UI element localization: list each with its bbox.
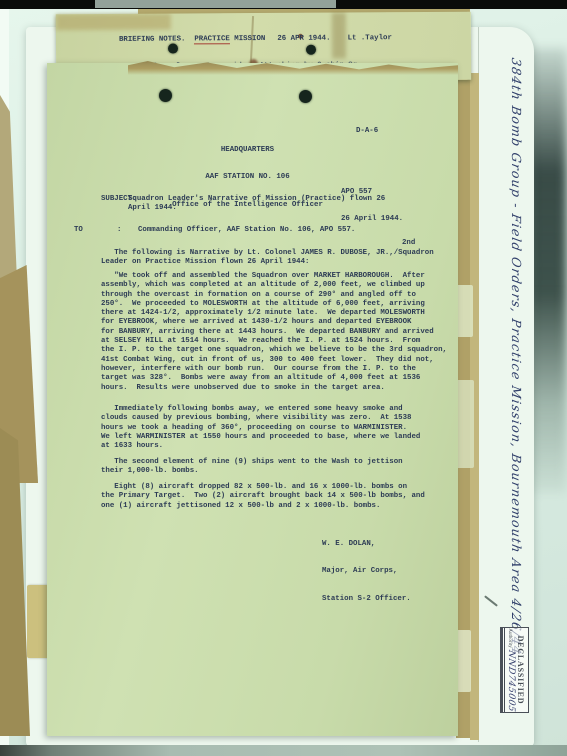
top-gray-segment (95, 0, 336, 8)
stamp-title: DECLASSIFIED (516, 636, 525, 705)
to-label: TO (74, 226, 83, 235)
paragraph-smoke: Immediately following bombs away, we ent… (101, 405, 420, 451)
to-colon: : (117, 226, 121, 235)
signature-block: W. E. DOLAN, Major, Air Corps, Station S… (322, 521, 411, 623)
signature-rank: Major, Air Corps, (322, 567, 411, 576)
briefing-title-underlined: PRACTICE (194, 35, 230, 44)
briefing-title-prefix: BRIEFING NOTES. (119, 35, 194, 43)
punch-hole (299, 90, 312, 103)
scanned-document-photo: BRIEFING NOTES. PRACTICE MISSION26 APR 1… (0, 0, 567, 756)
letterhead-station: AAF STATION NO. 106 (150, 173, 345, 182)
briefing-signer: Lt .Taylor (348, 34, 392, 42)
punch-hole (168, 44, 178, 54)
to-text: Commanding Officer, AAF Station No. 106,… (138, 226, 355, 235)
briefing-title-line: BRIEFING NOTES. PRACTICE MISSION26 APR 1… (119, 34, 392, 45)
stamp-authority-row: Authority NND745005 (504, 628, 516, 711)
letterhead: HEADQUARTERS AAF STATION NO. 106 Office … (150, 127, 345, 229)
paragraph-bombs: Eight (8) aircraft dropped 82 x 500-lb. … (101, 483, 425, 511)
subject-text: Squadron Leader's Narrative of Mission (… (128, 195, 385, 214)
torn-edge (128, 61, 458, 75)
bottom-table-edge (0, 745, 567, 756)
declassified-stamp: DECLASSIFIED Authority NND745005 (500, 627, 529, 713)
doc-ref: D-A-6 (356, 127, 378, 136)
paragraph-intro: The following is Narrative by Lt. Colone… (101, 249, 434, 268)
margin-note-handwriting: 384th Bomb Group - Field Orders, Practic… (508, 58, 524, 658)
stamp-authority-label: Authority (507, 628, 512, 647)
letter-date: 26 April 1944. (341, 215, 403, 224)
memo-sheet: HEADQUARTERS AAF STATION NO. 106 Office … (47, 63, 458, 736)
paragraph-narrative: "We took off and assembled the Squadron … (101, 272, 447, 393)
paragraph-second-element: The second element of nine (9) ships wen… (101, 458, 403, 477)
stamp-authority-number: NND745005 (506, 649, 516, 713)
punch-hole (306, 45, 316, 55)
punch-hole (159, 89, 172, 102)
briefing-date: 26 APR 1944. (277, 35, 330, 43)
typed-insert-2nd: 2nd (402, 239, 415, 248)
signature-title: Station S-2 Officer. (322, 595, 411, 604)
letterhead-headquarters: HEADQUARTERS (150, 146, 345, 155)
briefing-title-suffix: MISSION (230, 35, 266, 43)
paper-stain (56, 14, 171, 31)
signature-name: W. E. DOLAN, (322, 540, 411, 549)
margin-note-text: 384th Bomb Group - Field Orders, Practic… (509, 57, 524, 657)
